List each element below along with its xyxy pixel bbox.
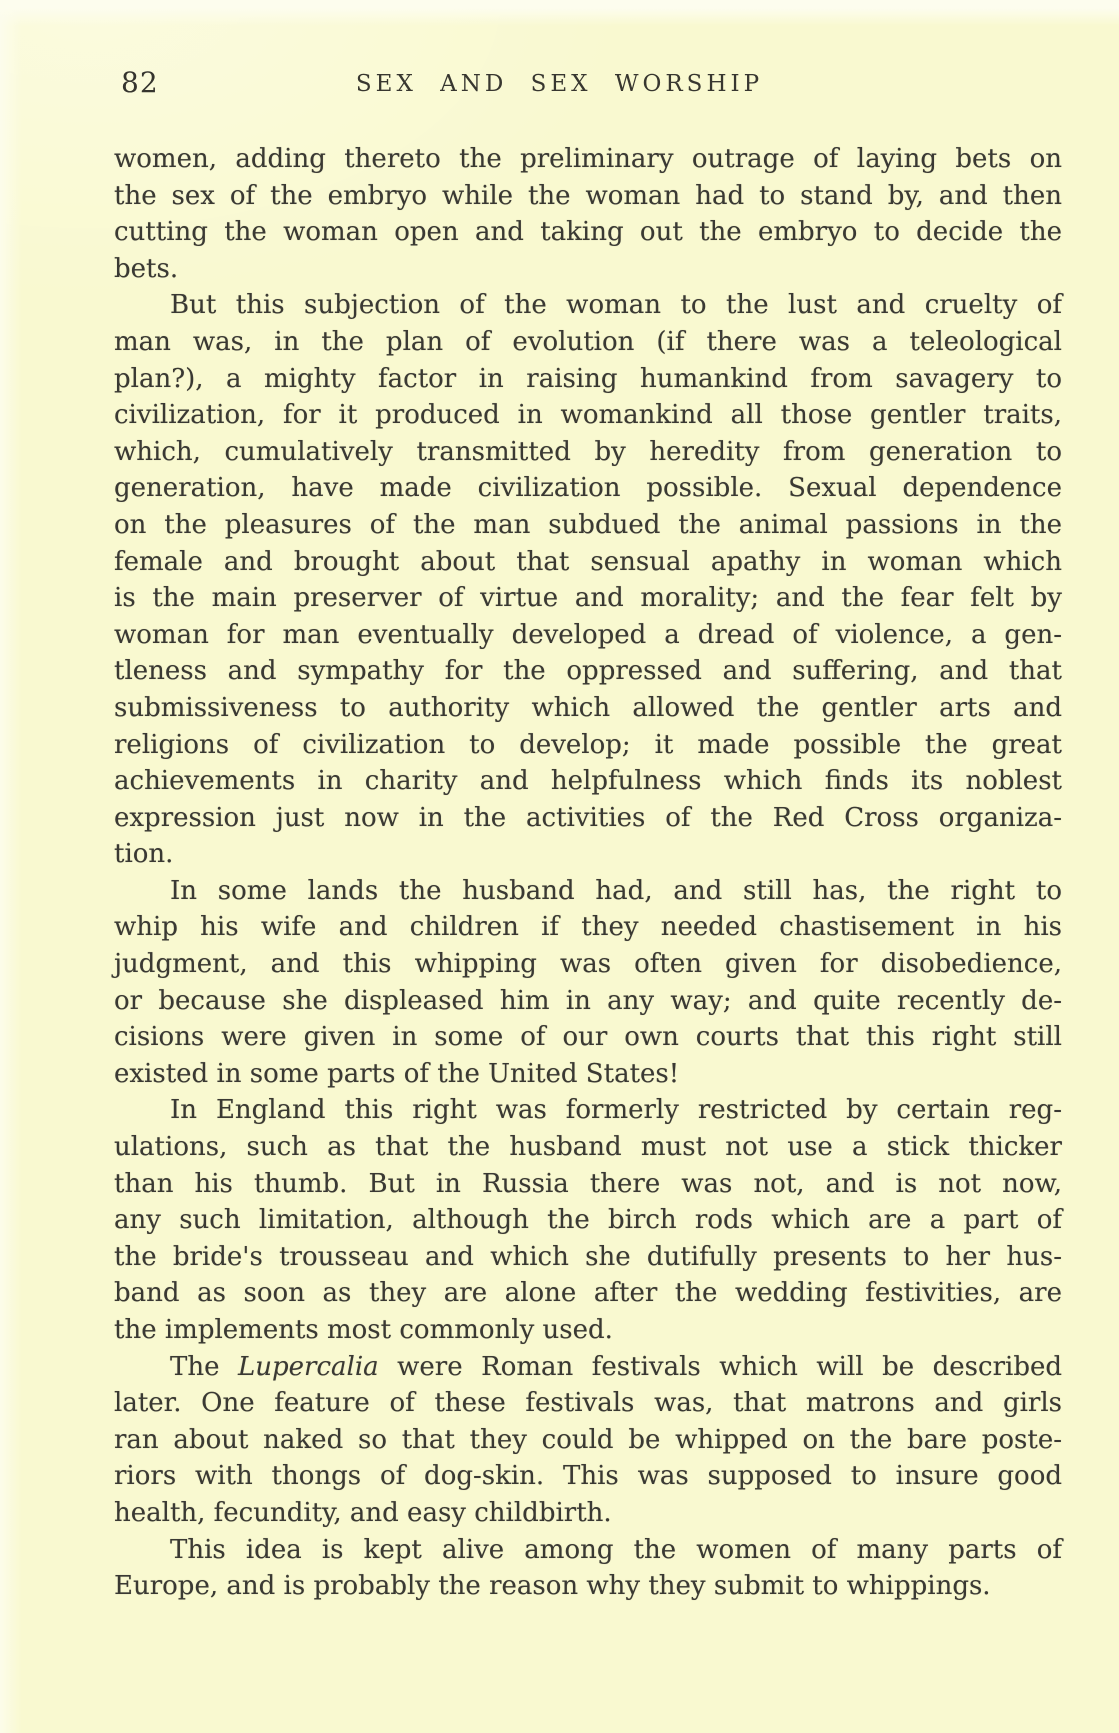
text-segment: cutting the woman open and taking out th… (114, 217, 1062, 247)
text-line: is the main preserver of virtue and mora… (114, 580, 1062, 617)
text-line: But this subjection of the woman to the … (114, 287, 1062, 324)
text-segment: achievements in charity and helpfulness … (114, 766, 1062, 796)
text-segment: tleness and sympathy for the oppressed a… (114, 656, 1062, 686)
text-segment: tion. (114, 839, 173, 869)
paragraph: This idea is kept alive among the women … (114, 1532, 1062, 1605)
text-line: civilization, for it produced in womanki… (114, 397, 1062, 434)
text-line: bets. (114, 251, 1062, 288)
text-line: the sex of the embryo while the woman ha… (114, 178, 1062, 215)
text-line: In some lands the husband had, and still… (114, 873, 1062, 910)
text-line: on the pleasures of the man subdued the … (114, 507, 1062, 544)
text-segment: civilization, for it produced in womanki… (114, 400, 1062, 430)
paragraph: The Lupercalia were Roman festivals whic… (114, 1349, 1062, 1532)
text-segment: woman for man eventually developed a dre… (114, 620, 1062, 650)
text-line: tion. (114, 836, 1062, 873)
text-line: any such limitation, although the birch … (114, 1202, 1062, 1239)
text-segment: the implements most commonly used. (114, 1315, 613, 1345)
text-line: which, cumulatively transmitted by hered… (114, 434, 1062, 471)
text-segment: But this subjection of the woman to the … (170, 290, 1062, 320)
text-line: riors with thongs of dog-skin. This was … (114, 1458, 1062, 1495)
text-segment: judgment, and this whipping was often gi… (114, 949, 1062, 979)
text-segment: is the main preserver of virtue and mora… (114, 583, 1062, 613)
text-line: cutting the woman open and taking out th… (114, 214, 1062, 251)
text-segment: band as soon as they are alone after the… (114, 1278, 1062, 1308)
paragraph: In England this right was formerly restr… (114, 1092, 1062, 1348)
text-line: man was, in the plan of evolution (if th… (114, 324, 1062, 361)
text-segment: This idea is kept alive among the women … (170, 1535, 1062, 1565)
text-line: ulations, such as that the husband must … (114, 1129, 1062, 1166)
page-body: women, adding thereto the preliminary ou… (114, 141, 1062, 1605)
text-segment: cisions were given in some of our own co… (114, 1022, 1062, 1052)
text-segment: on the pleasures of the man subdued the … (114, 510, 1062, 540)
text-line: expression just now in the activities of… (114, 800, 1062, 837)
text-line: tleness and sympathy for the oppressed a… (114, 653, 1062, 690)
text-line: health, fecundity, and easy childbirth. (114, 1495, 1062, 1532)
text-line: than his thumb. But in Russia there was … (114, 1166, 1062, 1203)
text-segment: the sex of the embryo while the woman ha… (114, 181, 1062, 211)
text-line: Europe, and is probably the reason why t… (114, 1568, 1062, 1605)
text-line: band as soon as they are alone after the… (114, 1275, 1062, 1312)
page-header: 82 SEX AND SEX WORSHIP (0, 66, 1119, 106)
text-segment: ulations, such as that the husband must … (114, 1132, 1062, 1162)
text-line: plan?), a mighty factor in raising human… (114, 361, 1062, 398)
text-line: the bride's trousseau and which she duti… (114, 1239, 1062, 1276)
text-segment: Europe, and is probably the reason why t… (114, 1571, 991, 1601)
text-segment: any such limitation, although the birch … (114, 1205, 1062, 1235)
text-segment: religions of civilization to develop; it… (114, 730, 1062, 760)
text-segment: submissiveness to authority which allowe… (114, 693, 1062, 723)
text-line: ran about naked so that they could be wh… (114, 1422, 1062, 1459)
text-line: later. One feature of these festivals wa… (114, 1385, 1062, 1422)
text-segment: health, fecundity, and easy childbirth. (114, 1498, 612, 1528)
text-line: woman for man eventually developed a dre… (114, 617, 1062, 654)
text-segment: In some lands the husband had, and still… (170, 876, 1062, 906)
text-segment: than his thumb. But in Russia there was … (114, 1169, 1062, 1199)
text-segment: whip his wife and children if they neede… (114, 912, 1062, 942)
text-segment: ran about naked so that they could be wh… (114, 1425, 1062, 1455)
text-segment: which, cumulatively transmitted by hered… (114, 437, 1062, 467)
text-segment: or because she displeased him in any way… (114, 986, 1062, 1016)
text-line: religions of civilization to develop; it… (114, 727, 1062, 764)
text-line: submissiveness to authority which allowe… (114, 690, 1062, 727)
text-line: This idea is kept alive among the women … (114, 1532, 1062, 1569)
text-segment: riors with thongs of dog-skin. This was … (114, 1461, 1062, 1491)
text-line: In England this right was formerly restr… (114, 1092, 1062, 1129)
text-line: existed in some parts of the United Stat… (114, 1056, 1062, 1093)
paragraph: But this subjection of the woman to the … (114, 287, 1062, 873)
text-segment: generation, have made civilization possi… (114, 473, 1062, 503)
text-line: whip his wife and children if they neede… (114, 909, 1062, 946)
text-segment: later. One feature of these festivals wa… (114, 1388, 1062, 1418)
running-title: SEX AND SEX WORSHIP (0, 71, 1119, 97)
text-segment: the bride's trousseau and which she duti… (114, 1242, 1062, 1272)
text-segment: bets. (114, 254, 178, 284)
text-line: judgment, and this whipping was often gi… (114, 946, 1062, 983)
text-segment: The (170, 1352, 238, 1382)
paragraph: In some lands the husband had, and still… (114, 873, 1062, 1093)
text-line: or because she displeased him in any way… (114, 983, 1062, 1020)
text-segment: expression just now in the activities of… (114, 803, 1062, 833)
text-line: the implements most commonly used. (114, 1312, 1062, 1349)
text-segment: man was, in the plan of evolution (if th… (114, 327, 1062, 357)
text-segment: female and brought about that sensual ap… (114, 547, 1062, 577)
text-segment: In England this right was formerly restr… (170, 1095, 1062, 1125)
text-segment: were Roman festivals which will be descr… (379, 1352, 1062, 1382)
text-line: generation, have made civilization possi… (114, 470, 1062, 507)
text-line: women, adding thereto the preliminary ou… (114, 141, 1062, 178)
text-line: achievements in charity and helpfulness … (114, 763, 1062, 800)
text-segment: plan?), a mighty factor in raising human… (114, 364, 1062, 394)
paragraph: women, adding thereto the preliminary ou… (114, 141, 1062, 287)
text-segment: women, adding thereto the preliminary ou… (114, 144, 1062, 174)
text-line: female and brought about that sensual ap… (114, 544, 1062, 581)
text-line: cisions were given in some of our own co… (114, 1019, 1062, 1056)
text-segment: existed in some parts of the United Stat… (114, 1059, 679, 1089)
text-line: The Lupercalia were Roman festivals whic… (114, 1349, 1062, 1386)
italic-term: Lupercalia (238, 1352, 379, 1382)
